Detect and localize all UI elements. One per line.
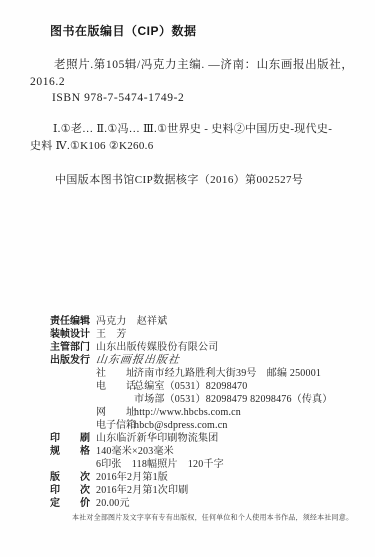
row-designer: 装帧设计 王 芳 — [50, 325, 360, 338]
cip-entry-line1: 老照片.第105辑/冯克力主编. —济南：山东画报出版社， — [30, 57, 364, 74]
classification-line1: Ⅰ.①老… Ⅱ.①冯… Ⅲ.①世界史 - 史料②中国历史-现代史- — [30, 121, 370, 138]
classification: Ⅰ.①老… Ⅱ.①冯… Ⅲ.①世界史 - 史料②中国历史-现代史- 史料 Ⅳ.①… — [30, 121, 370, 155]
colophon-section: 责任编辑 冯克力 赵祥斌 装帧设计 王 芳 主管部门 山东出版传媒股份有限公司 … — [50, 312, 360, 507]
row-supervisor: 主管部门 山东出版传媒股份有限公司 — [50, 338, 360, 351]
field-label: 规 格 — [50, 442, 96, 457]
website-url: http://www.hbcbs.com.cn — [134, 407, 241, 418]
row-price: 定 价 20.00元 — [50, 494, 360, 507]
cip-record-number: 中国版本图书馆CIP数据核字（2016）第002527号 — [55, 171, 303, 187]
row-impression: 印 次 2016年2月第1次印刷 — [50, 481, 360, 494]
publisher-name: 山东画报出版社 — [95, 351, 181, 367]
row-printer: 印 刷 山东临沂新华印刷物流集团 — [50, 429, 360, 442]
cip-header: 图书在版编目（CIP）数据 — [50, 22, 197, 39]
cip-entry-line2: 2016.2 — [30, 74, 364, 91]
cip-entry: 老照片.第105辑/冯克力主编. —济南：山东画报出版社， 2016.2 — [30, 57, 364, 91]
field-value: 20.00元 — [96, 494, 130, 509]
field-label: 出版发行 — [50, 351, 96, 366]
row-format-cont: 6印张 118幅照片 120千字 — [50, 455, 360, 468]
classification-line2: 史料 Ⅳ.①K106 ②K260.6 — [30, 138, 370, 155]
isbn: ISBN 978-7-5474-1749-2 — [52, 92, 184, 104]
field-value: 市场部（0531）82098479 82098476（传真） — [134, 390, 333, 405]
copyright-page: 图书在版编目（CIP）数据 老照片.第105辑/冯克力主编. —济南：山东画报出… — [0, 0, 375, 557]
field-sublabel: 电 话 — [96, 377, 134, 392]
field-label: 定 价 — [50, 494, 96, 509]
copyright-notice: 本社对全部图片及文字享有专有出版权，任何单位和个人使用本书作品，须经本社同意。 — [72, 511, 374, 522]
row-editor: 责任编辑 冯克力 赵祥斌 — [50, 312, 360, 325]
